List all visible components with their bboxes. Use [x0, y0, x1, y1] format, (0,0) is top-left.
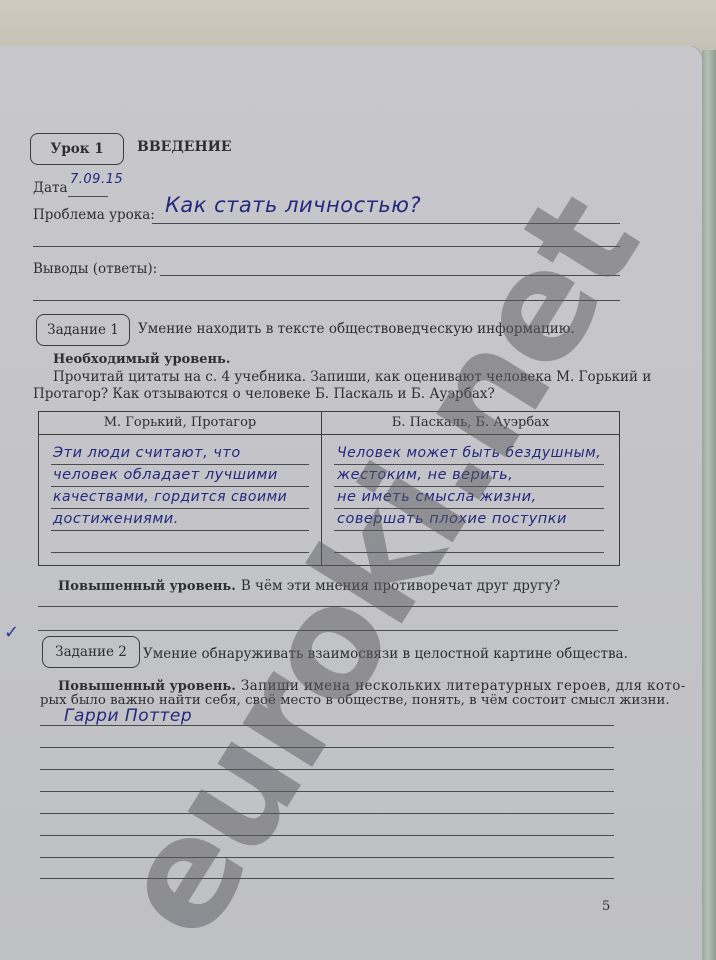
answer-gorky-line[interactable]: качествами, гордится своими [53, 489, 287, 505]
lesson-badge: Урок 1 [30, 133, 124, 165]
task2-badge-label: Задание 2 [55, 644, 127, 660]
task2-title: Умение обнаруживать взаимосвязи в целост… [143, 646, 628, 662]
date-label: Дата [33, 180, 68, 196]
col1-line [51, 486, 309, 487]
task2-answer[interactable]: Гарри Поттер [64, 706, 192, 726]
problem-line-2 [33, 246, 620, 247]
lesson-title: ВВЕДЕНИЕ [137, 139, 232, 155]
task1-prompt-line2: Протагор? Как отзываются о человеке Б. П… [33, 386, 495, 402]
task2-line[interactable] [40, 835, 614, 836]
col1-line [51, 530, 309, 531]
cover-edge [702, 50, 716, 960]
task1-advanced: Повышенный уровень. В чём эти мнения про… [58, 575, 560, 594]
teacher-check-mark: ✓ [4, 622, 19, 643]
page-number: 5 [602, 899, 610, 914]
task2-line[interactable] [40, 791, 614, 792]
task2-line[interactable] [40, 725, 614, 726]
col2-line [334, 552, 604, 553]
task1-advanced-label: Повышенный уровень. [58, 579, 236, 594]
col1-line [51, 552, 309, 553]
conclusions-line-2[interactable] [33, 300, 620, 301]
task1-advanced-line-1[interactable] [38, 606, 618, 607]
problem-value[interactable]: Как стать личностью? [165, 193, 421, 217]
task2-level-label: Повышенный уровень. [58, 679, 236, 694]
task2-line[interactable] [40, 857, 614, 858]
answer-gorky-line[interactable]: достижениями. [53, 511, 179, 527]
opinions-table: М. Горький, Протагор Б. Паскаль, Б. Ауэр… [38, 411, 620, 566]
col2-line [334, 464, 604, 465]
task2-line[interactable] [40, 769, 614, 770]
table-header-pascal: Б. Паскаль, Б. Ауэрбах [322, 415, 619, 430]
task1-advanced-prompt: В чём эти мнения противоречат друг другу… [241, 578, 560, 594]
answer-gorky-line[interactable]: человек обладает лучшими [53, 467, 278, 483]
lesson-badge-label: Урок 1 [50, 141, 103, 157]
task1-prompt-line1: Прочитай цитаты на с. 4 учебника. Запиши… [53, 369, 651, 385]
answer-pascal-line[interactable]: совершать плохие поступки [337, 511, 567, 527]
task1-level-label: Необходимый уровень. [53, 352, 230, 367]
task2-line[interactable] [40, 813, 614, 814]
answer-pascal-line[interactable]: жестоким, не верить, [337, 467, 513, 483]
task2-prompt-line1: Повышенный уровень. Запиши имена несколь… [58, 675, 686, 694]
table-header-gorky: М. Горький, Протагор [39, 415, 321, 430]
problem-line-1 [152, 223, 620, 224]
col1-line [51, 464, 309, 465]
col2-line [334, 530, 604, 531]
task1-advanced-line-2[interactable] [38, 630, 618, 631]
problem-label: Проблема урока: [33, 207, 155, 223]
table-header-divider [39, 434, 619, 435]
answer-pascal-line[interactable]: Человек может быть бездушным, [337, 445, 601, 461]
task1-title: Умение находить в тексте обществоведческ… [138, 321, 575, 337]
conclusions-label: Выводы (ответы): [33, 261, 157, 277]
col2-line [334, 508, 604, 509]
task1-badge: Задание 1 [36, 314, 130, 346]
task2-line[interactable] [40, 878, 614, 879]
task2-prompt-text: Запиши имена нескольких литературных гер… [241, 678, 686, 694]
task2-badge: Задание 2 [42, 636, 140, 668]
col2-line [334, 486, 604, 487]
date-value[interactable]: 7.09.15 [70, 172, 123, 187]
answer-pascal-line[interactable]: не иметь смысла жизни, [337, 489, 537, 505]
answer-gorky-line[interactable]: Эти люди считают, что [53, 445, 241, 461]
table-surface [0, 0, 716, 50]
task1-badge-label: Задание 1 [47, 322, 119, 338]
task2-line[interactable] [40, 747, 614, 748]
conclusions-line-1[interactable] [160, 275, 620, 276]
col1-line [51, 508, 309, 509]
date-line [68, 196, 108, 197]
